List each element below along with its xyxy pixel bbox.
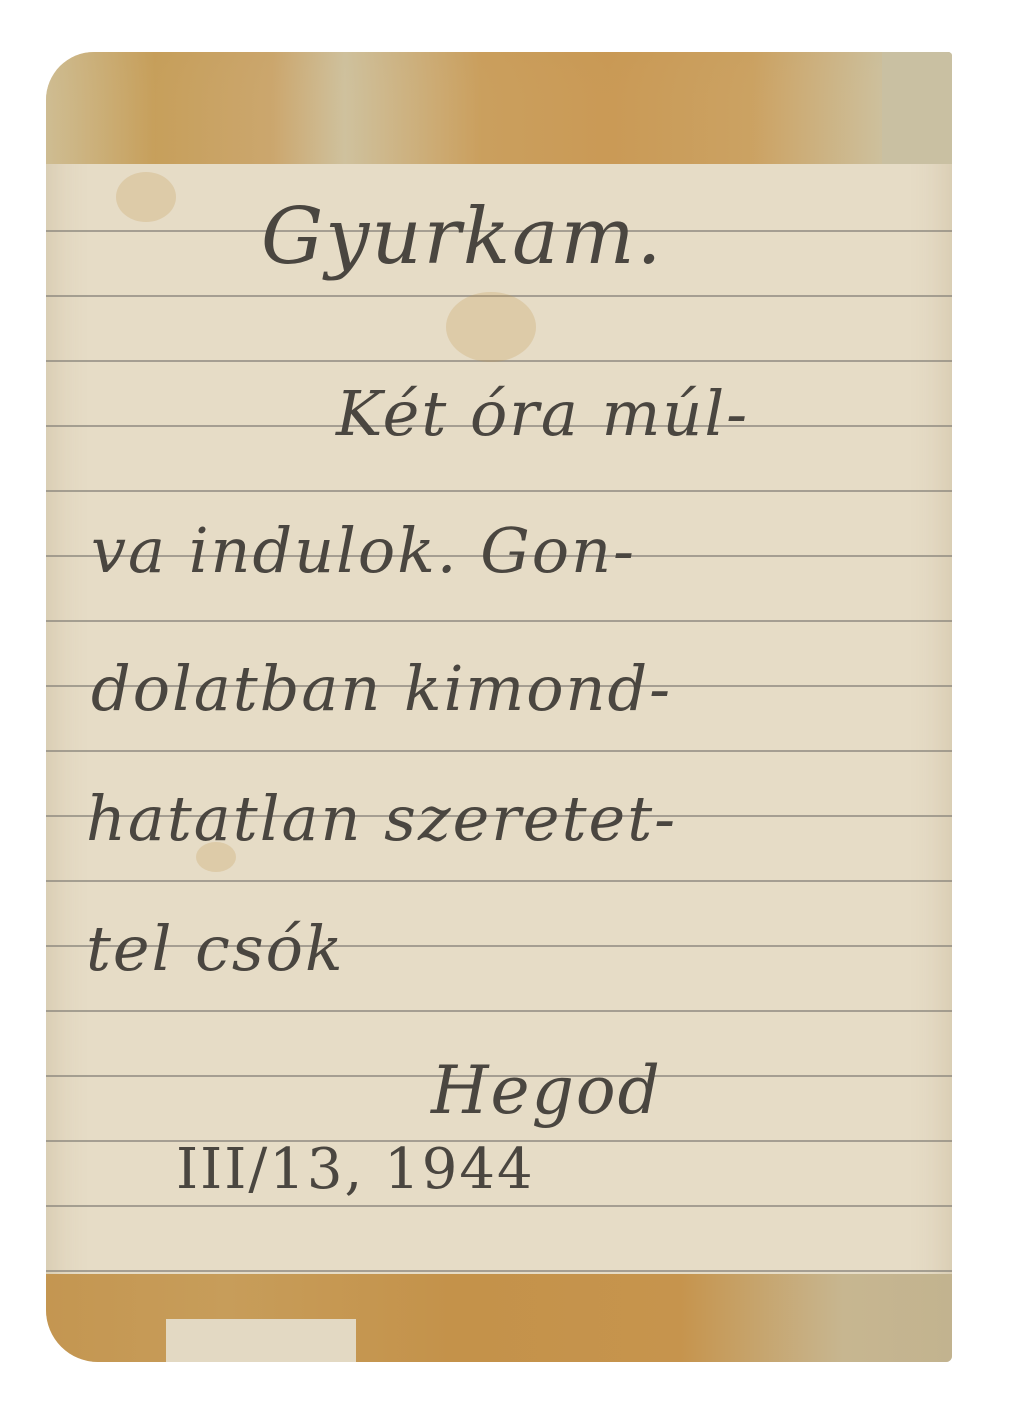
torn-tape-gap bbox=[166, 1319, 356, 1362]
foxing-stain bbox=[116, 172, 176, 222]
foxing-stain bbox=[446, 292, 536, 362]
handwritten-line: Két óra múl- bbox=[336, 377, 749, 450]
date: III/13, 1944 bbox=[176, 1137, 535, 1202]
handwritten-line: dolatban kimond- bbox=[91, 652, 672, 725]
tape-stain-top-right bbox=[882, 52, 952, 164]
handwritten-line: va indulok. Gon- bbox=[91, 514, 636, 587]
aged-note-paper: Gyurkam. Két óra múl- va indulok. Gon- d… bbox=[46, 52, 952, 1362]
handwritten-line: tel csók bbox=[86, 912, 345, 985]
handwritten-line: hatatlan szeretet- bbox=[86, 782, 677, 855]
tape-stain-top bbox=[46, 52, 952, 164]
salutation: Gyurkam. bbox=[261, 192, 663, 282]
signature: Hegod bbox=[431, 1052, 662, 1129]
